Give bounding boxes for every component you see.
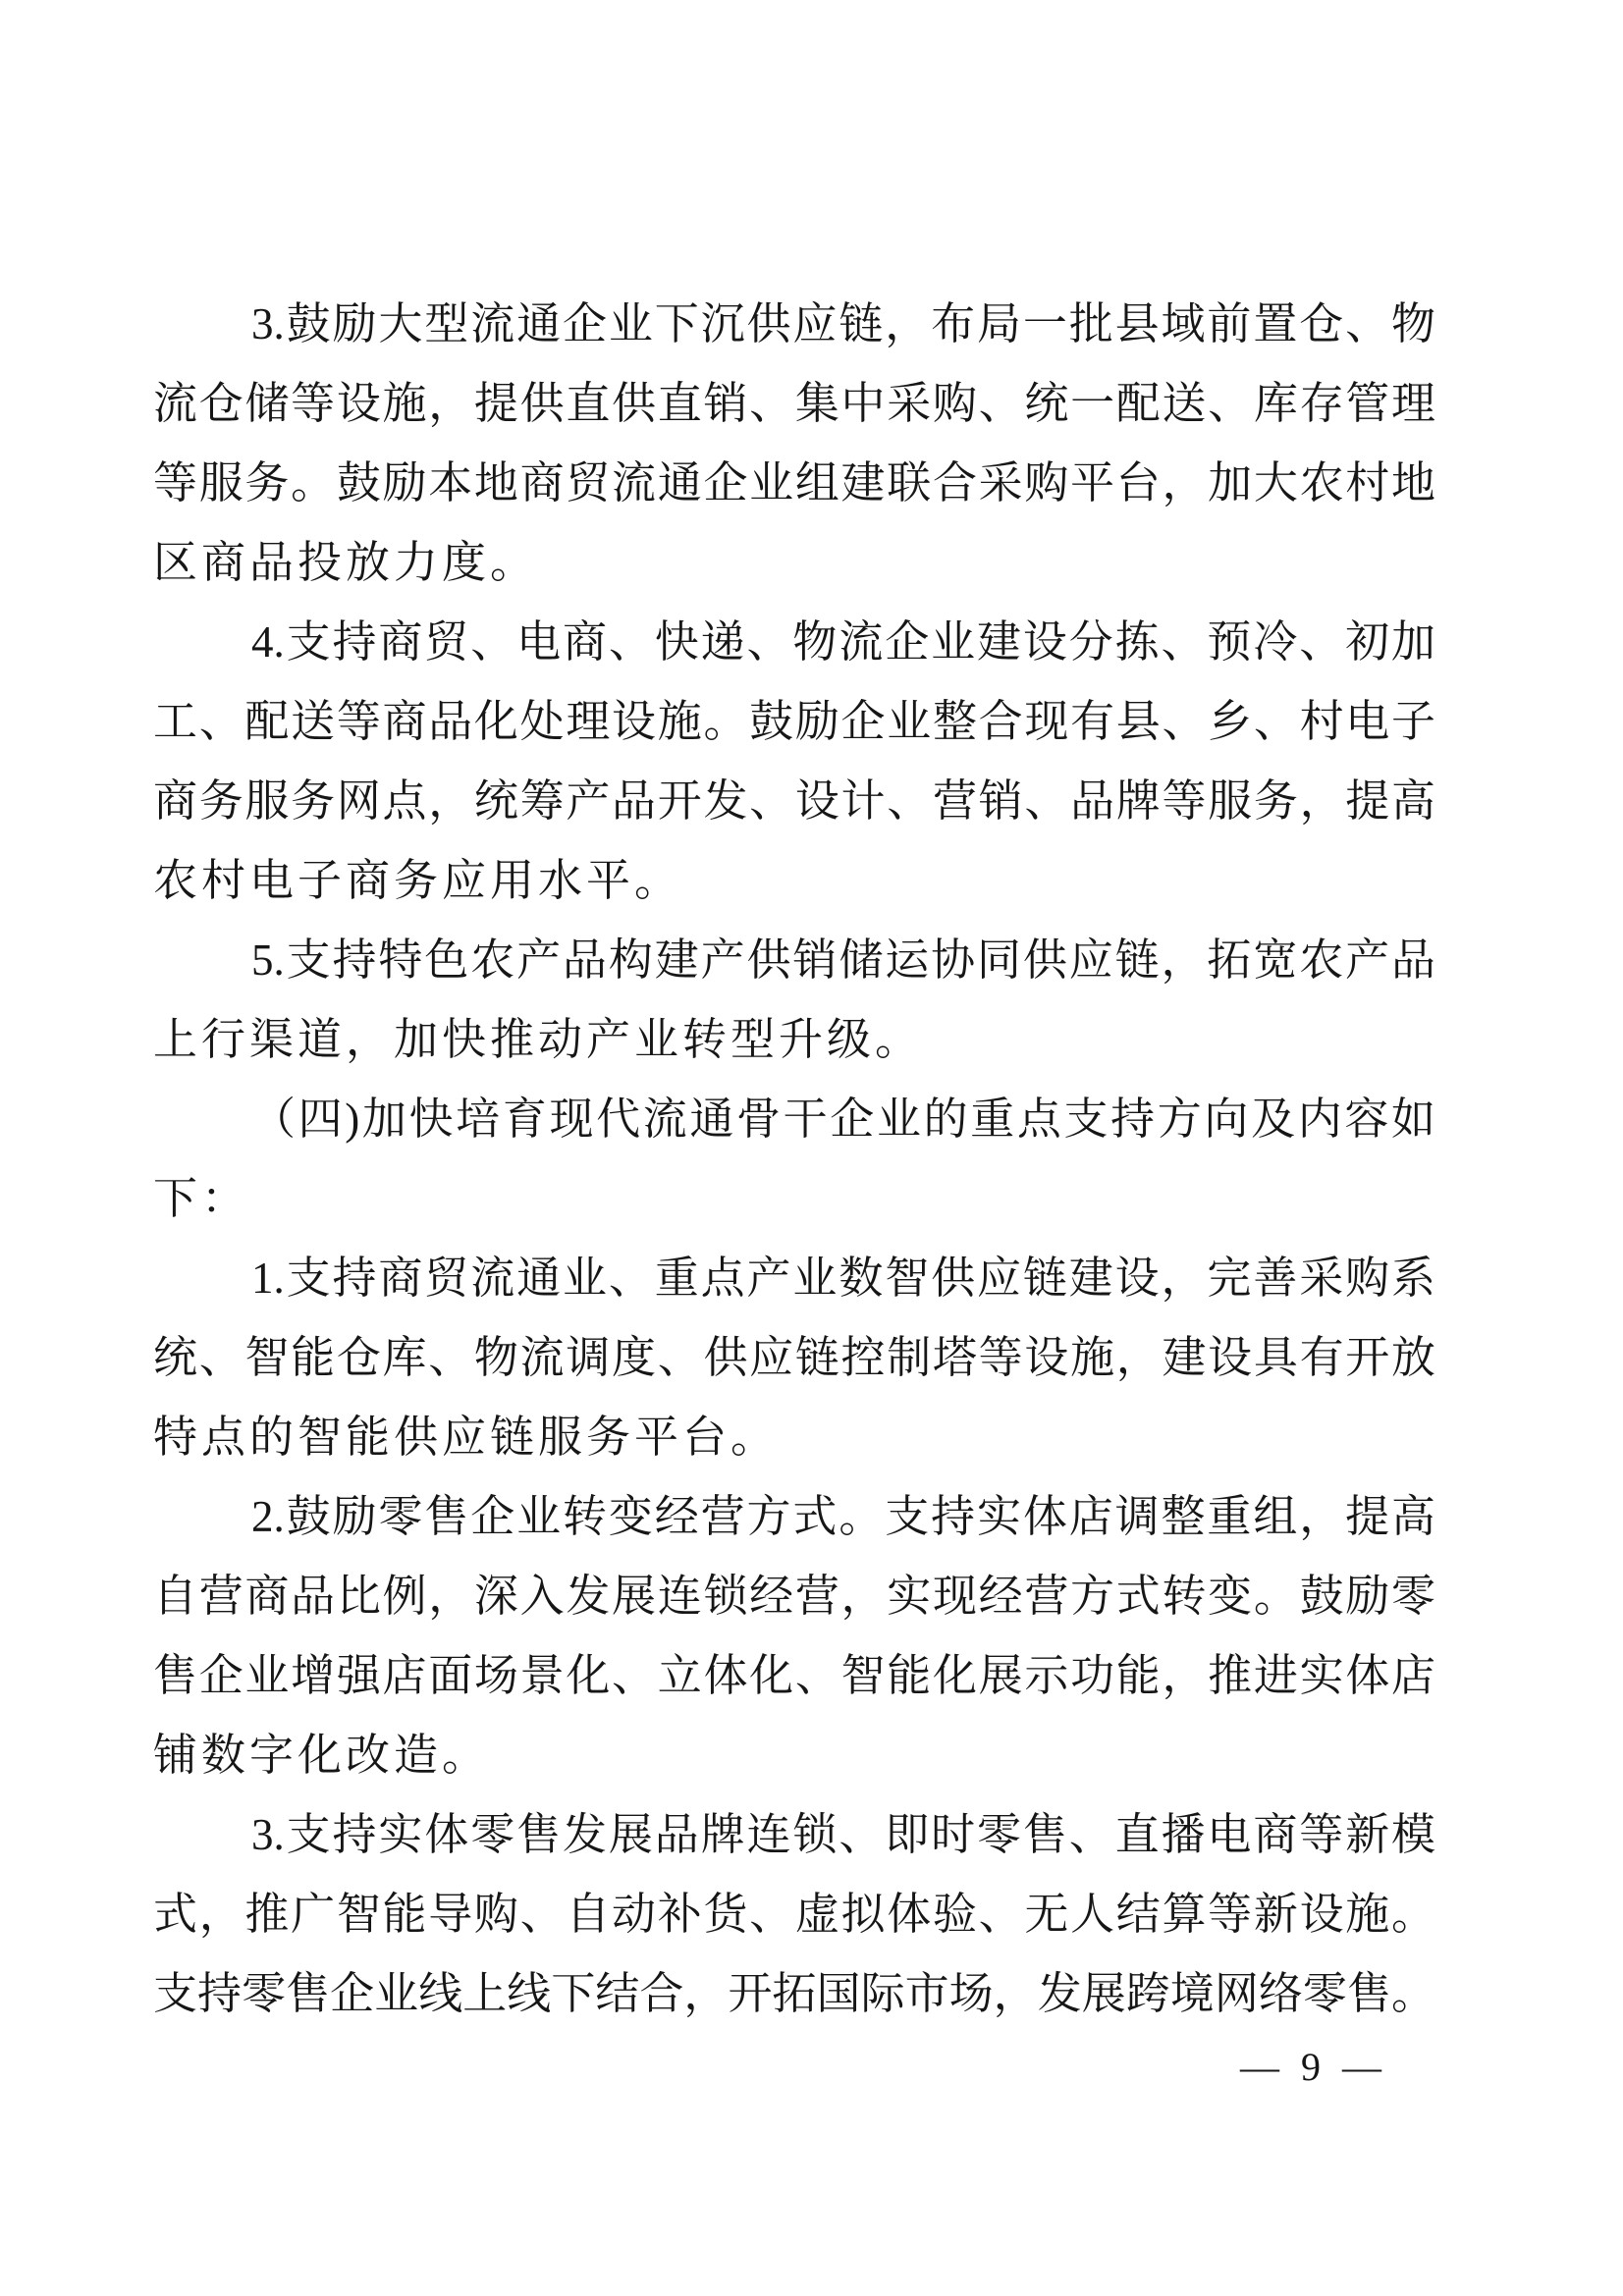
text-line: 4.支持商贸、电商、快递、物流企业建设分拣、预冷、初加 — [153, 603, 1435, 682]
text-line: 工、配送等商品化处理设施。鼓励企业整合现有县、乡、村电子 — [153, 682, 1435, 762]
paragraph: 4.支持商贸、电商、快递、物流企业建设分拣、预冷、初加 工、配送等商品化处理设施… — [153, 603, 1435, 921]
text-line: 式，推广智能导购、自动补货、虚拟体验、无人结算等新设施。 — [153, 1875, 1435, 1954]
text-line: 特点的智能供应链服务平台。 — [153, 1398, 1435, 1477]
document-body: 3.鼓励大型流通企业下沉供应链，布局一批县域前置仓、物 流仓储等设施，提供直供直… — [153, 285, 1435, 2034]
text-line: 2.鼓励零售企业转变经营方式。支持实体店调整重组，提高 — [153, 1477, 1435, 1557]
paragraph: 2.鼓励零售企业转变经营方式。支持实体店调整重组，提高 自营商品比例，深入发展连… — [153, 1477, 1435, 1795]
page-number: — 9 — — [1240, 2045, 1387, 2089]
text-line: 流仓储等设施，提供直供直销、集中采购、统一配送、库存管理 — [153, 364, 1435, 444]
text-line: 自营商品比例，深入发展连锁经营，实现经营方式转变。鼓励零 — [153, 1557, 1435, 1636]
text-line: （四)加快培育现代流通骨干企业的重点支持方向及内容如 — [153, 1080, 1435, 1159]
text-line: 上行渠道，加快推动产业转型升级。 — [153, 1000, 1435, 1080]
paragraph: 1.支持商贸流通业、重点产业数智供应链建设，完善采购系 统、智能仓库、物流调度、… — [153, 1239, 1435, 1477]
page-footer: — 9 — — [1093, 2044, 1387, 2090]
text-line: 1.支持商贸流通业、重点产业数智供应链建设，完善采购系 — [153, 1239, 1435, 1318]
paragraph: 3.支持实体零售发展品牌连锁、即时零售、直播电商等新模 式，推广智能导购、自动补… — [153, 1795, 1435, 2034]
text-line: 等服务。鼓励本地商贸流通企业组建联合采购平台，加大农村地 — [153, 444, 1435, 523]
text-line: 5.支持特色农产品构建产供销储运协同供应链，拓宽农产品 — [153, 921, 1435, 1000]
text-line: 3.鼓励大型流通企业下沉供应链，布局一批县域前置仓、物 — [153, 285, 1435, 364]
text-line: 铺数字化改造。 — [153, 1716, 1435, 1795]
text-line: 统、智能仓库、物流调度、供应链控制塔等设施，建设具有开放 — [153, 1318, 1435, 1398]
text-line: 农村电子商务应用水平。 — [153, 841, 1435, 921]
document-page: 3.鼓励大型流通企业下沉供应链，布局一批县域前置仓、物 流仓储等设施，提供直供直… — [0, 0, 1623, 2296]
paragraph: 5.支持特色农产品构建产供销储运协同供应链，拓宽农产品 上行渠道，加快推动产业转… — [153, 921, 1435, 1080]
text-line: 支持零售企业线上线下结合，开拓国际市场，发展跨境网络零售。 — [153, 1954, 1435, 2034]
text-line: 下： — [153, 1159, 1435, 1239]
text-line: 售企业增强店面场景化、立体化、智能化展示功能，推进实体店 — [153, 1636, 1435, 1716]
paragraph: （四)加快培育现代流通骨干企业的重点支持方向及内容如 下： — [153, 1080, 1435, 1239]
text-line: 商务服务网点，统筹产品开发、设计、营销、品牌等服务，提高 — [153, 762, 1435, 841]
text-line: 3.支持实体零售发展品牌连锁、即时零售、直播电商等新模 — [153, 1795, 1435, 1875]
paragraph: 3.鼓励大型流通企业下沉供应链，布局一批县域前置仓、物 流仓储等设施，提供直供直… — [153, 285, 1435, 603]
text-line: 区商品投放力度。 — [153, 523, 1435, 603]
